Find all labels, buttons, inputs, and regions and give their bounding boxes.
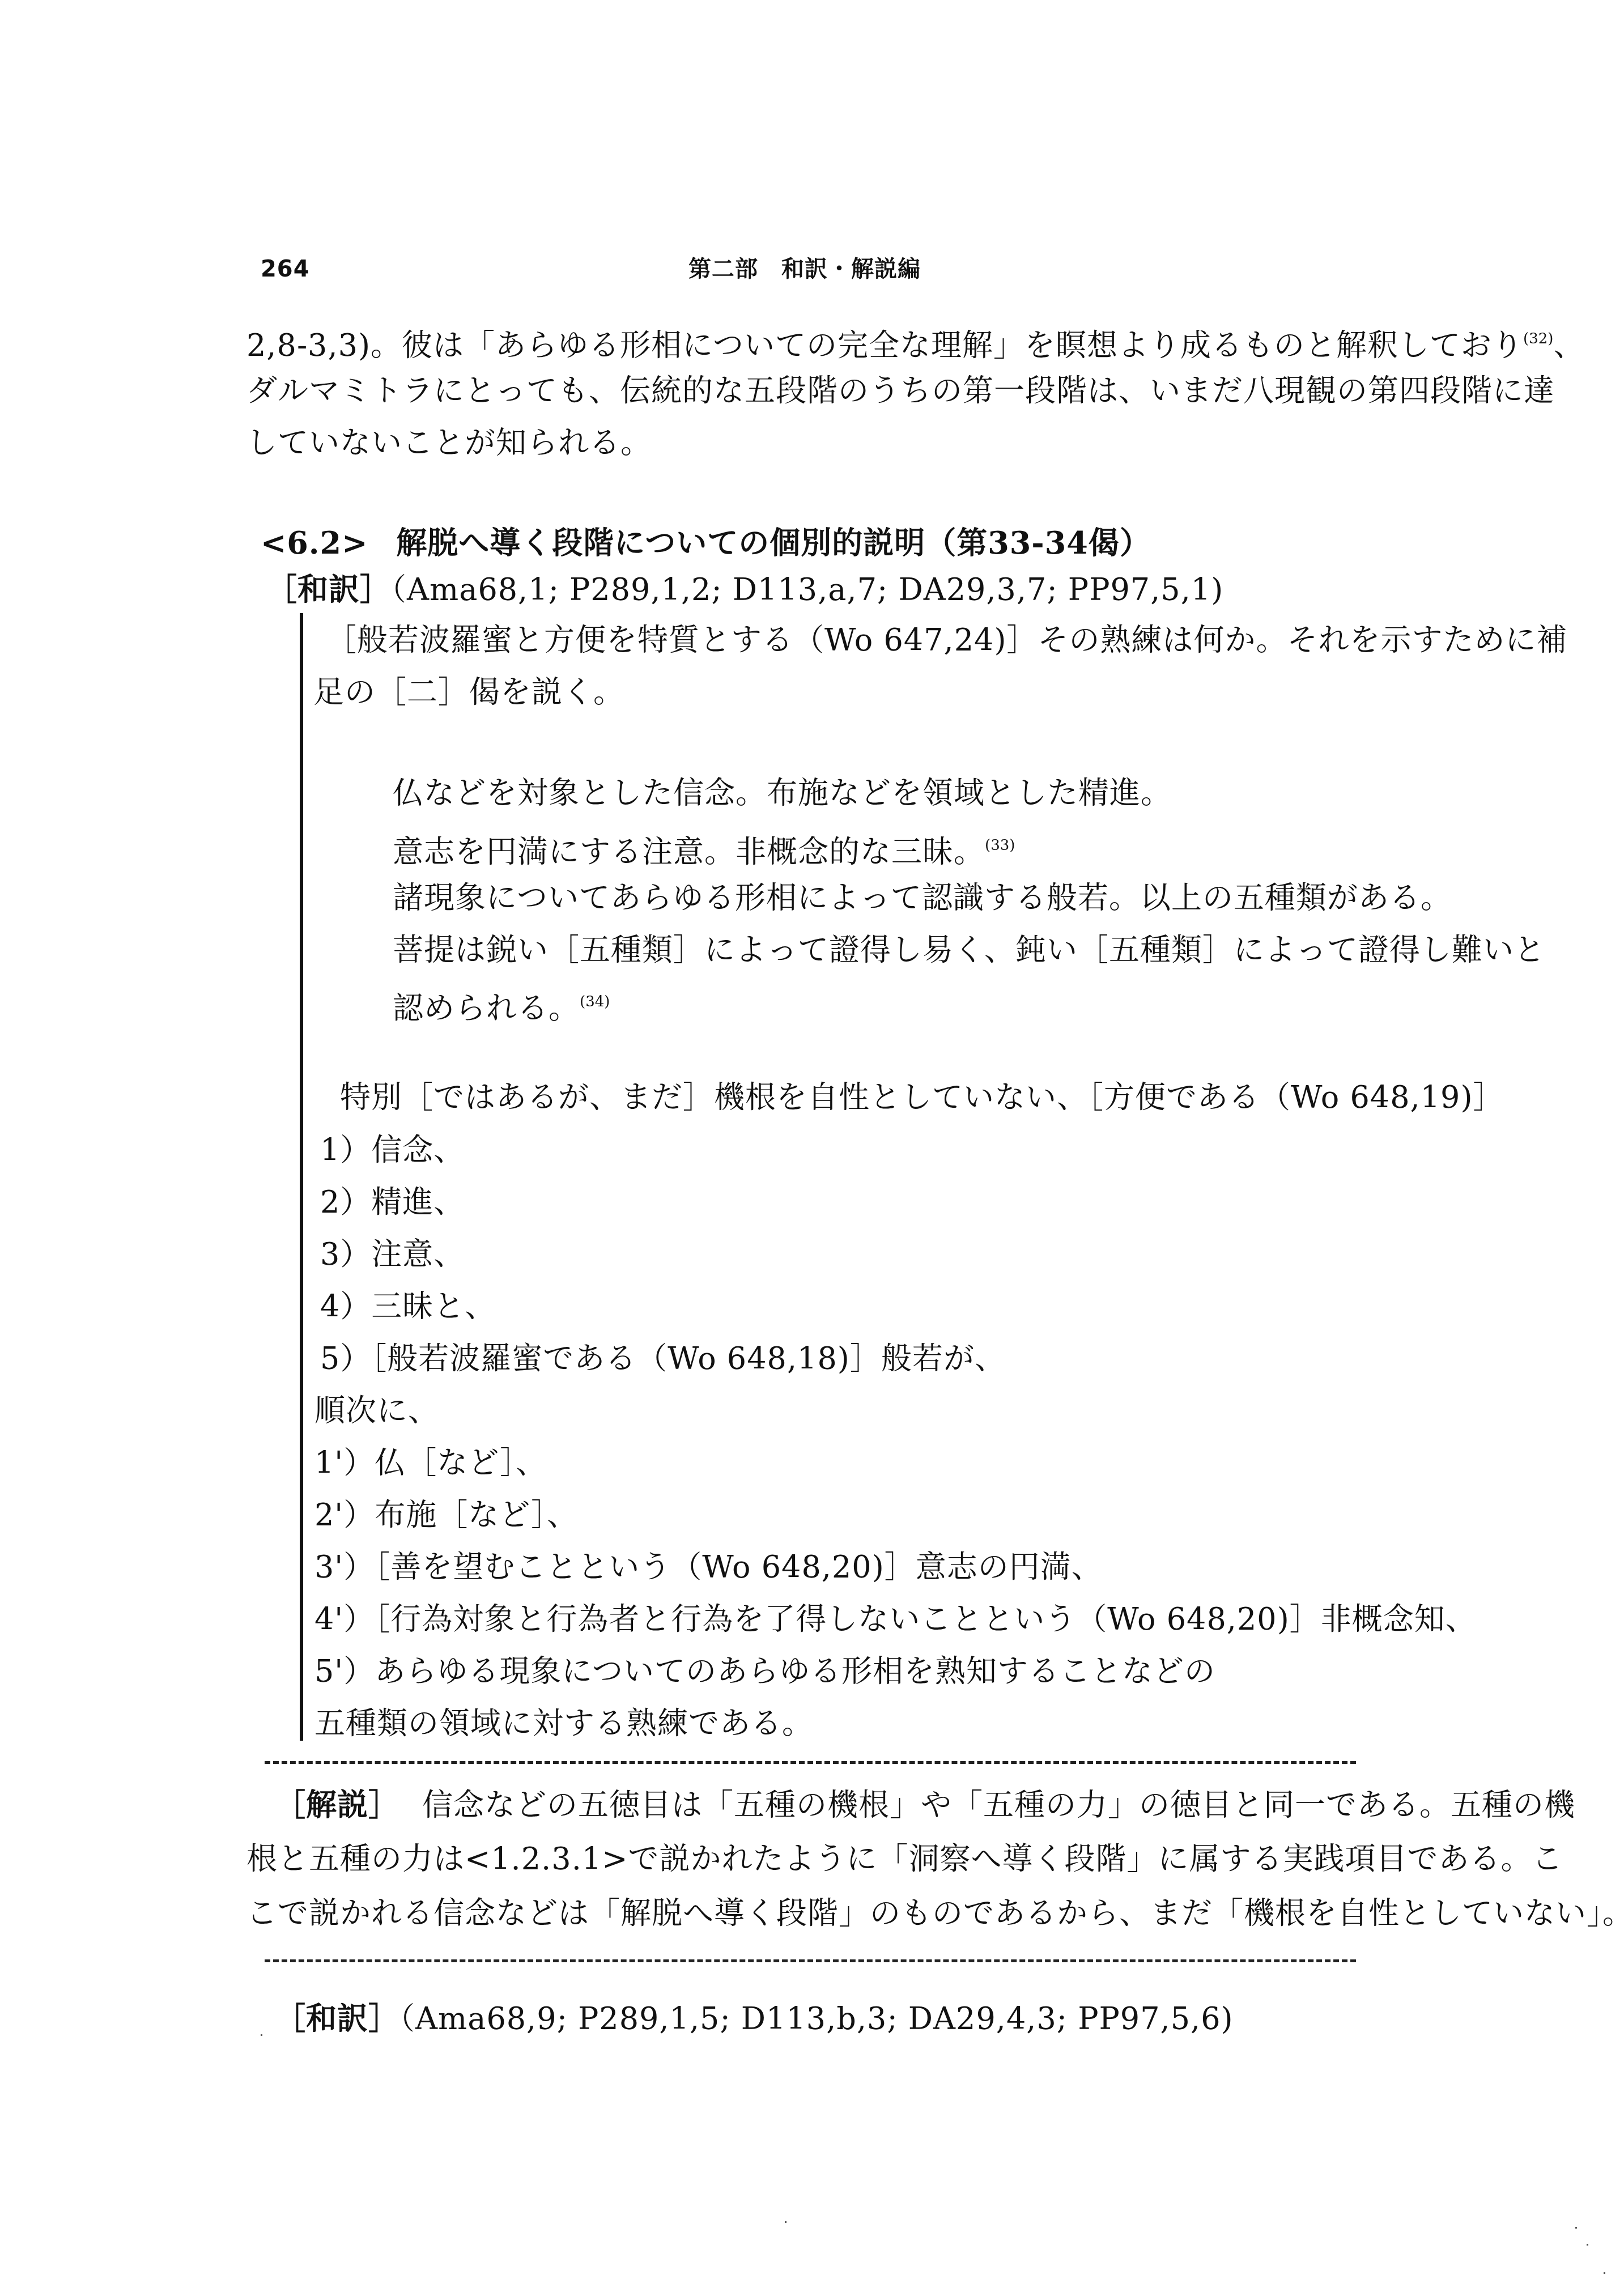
faculty-item-2: 2）精進、 [320,1183,465,1222]
section-heading: <6.2> 解脱へ導く段階についての個別的説明（第33-34偈） [261,523,1151,563]
commentary-line-2: 根と五種の力は<1.2.3.1>で説かれたように「洞察へ導く段階」に属する実践項… [246,1839,1563,1879]
domain-item-3: 3'）［善を望むことという（Wo 648,20)］意志の円満、 [314,1547,1103,1587]
block-intro-line-1: ［般若波羅蜜と方便を特質とする（Wo 647,24)］その熟練は何か。それを示す… [326,620,1568,660]
conclusion: 五種類の領域に対する熟練である。 [314,1704,813,1744]
section-number: <6.2> [261,525,368,561]
translation-header-2: ［和訳］（Ama68,9; P289,1,5; D113,b,3; DA29,4… [275,1999,1234,2039]
translation-label: ［和訳］ [275,2000,399,2036]
commentary-label: ［解説］ [275,1787,399,1823]
commentary-line-3: こで説かれる信念などは「解脱へ導く段階」のものであるから、まだ「機根を自性として… [246,1894,1624,1933]
footnote-ref-32[interactable]: (32) [1523,330,1553,347]
verse-line-2: 意志を円満にする注意。非概念的な三昧。(33) [393,826,1015,872]
scan-speck [1604,2272,1605,2274]
verse-line-4: 菩提は鋭い［五種類］によって證得し易く、鈍い［五種類］によって證得し難いと [393,930,1545,970]
intro-line-3: していないことが知られる。 [246,423,652,463]
scan-speck [261,2034,262,2036]
faculty-item-3: 3）注意、 [320,1235,465,1274]
translation-refs: （Ama68,9; P289,1,5; D113,b,3; DA29,4,3; … [399,2001,1234,2036]
block-intro-line-2: 足の［二］偈を説く。 [313,673,624,712]
verse-line-5: 認められる。(34) [393,982,610,1028]
domain-item-5: 5'）あらゆる現象についてのあらゆる形相を熟知することなどの [314,1652,1215,1691]
footnote-ref-33[interactable]: (33) [985,837,1015,854]
translation-refs: （Ama68,1; P289,1,2; D113,a,7; DA29,3,7; … [391,572,1223,607]
intro-line-1: 2,8-3,3)。彼は「あらゆる形相についての完全な理解」を瞑想より成るものと解… [246,319,1584,365]
section-title: 解脱へ導く段階についての個別的説明（第33-34偈） [396,525,1151,561]
faculty-item-1: 1）信念、 [320,1130,465,1170]
verse-text: 仏などを対象とした信念。布施などを領域とした精進。 [393,775,1172,811]
verse-text: 諸現象についてあらゆる形相によって認識する般若。以上の五種類がある。 [393,880,1452,916]
running-title: 第二部 和訳・解説編 [688,249,921,289]
scan-speck [1587,2244,1588,2246]
translation-header-1: ［和訳］（Ama68,1; P289,1,2; D113,a,7; DA29,3… [266,569,1223,610]
verse-text: 認められる。 [393,990,580,1026]
scan-speck [1575,2227,1577,2229]
dashed-separator-2 [265,1959,1356,1962]
dashed-separator-1 [265,1761,1356,1764]
commentary-line-1: ［解説］信念などの五徳目は「五種の機根」や「五種の力」の徳目と同一である。五種の… [275,1785,1575,1825]
verse-text: 意志を円満にする注意。非概念的な三昧。 [393,834,985,870]
intro-line-1-tail: 、 [1553,328,1584,363]
domain-item-1: 1'）仏［など］、 [314,1443,547,1483]
translation-label: ［和訳］ [266,571,391,607]
intro-line-1-text: 2,8-3,3)。彼は「あらゆる形相についての完全な理解」を瞑想より成るものと解… [246,328,1523,363]
faculty-item-4: 4）三昧と、 [320,1287,496,1326]
explanation-lead: 特別［ではあるが、まだ］機根を自性としていない、［方便である（Wo 648,19… [340,1078,1504,1117]
footnote-ref-34[interactable]: (34) [580,993,610,1010]
intro-line-2: ダルマミトラにとっても、伝統的な五段階のうちの第一段階は、いまだ八現観の第四段階… [246,371,1555,411]
domain-item-2: 2'）布施［など］、 [314,1495,578,1535]
translation-block-bar [300,613,303,1741]
verse-line-1: 仏などを対象とした信念。布施などを領域とした精進。 [393,773,1172,813]
scan-speck [785,2221,787,2223]
verse-text: 菩提は鋭い［五種類］によって證得し易く、鈍い［五種類］によって證得し難いと [393,932,1545,968]
commentary-text: 信念などの五徳目は「五種の機根」や「五種の力」の徳目と同一である。五種の機 [422,1787,1575,1823]
faculty-item-5: 5）［般若波羅蜜である（Wo 648,18)］般若が、 [320,1339,1006,1379]
page-number: 264 [261,249,310,289]
domain-item-4: 4'）［行為対象と行為者と行為を了得しないことという（Wo 648,20)］非概… [314,1600,1477,1639]
verse-line-3: 諸現象についてあらゆる形相によって認識する般若。以上の五種類がある。 [393,878,1452,918]
connector: 順次に、 [314,1391,439,1431]
